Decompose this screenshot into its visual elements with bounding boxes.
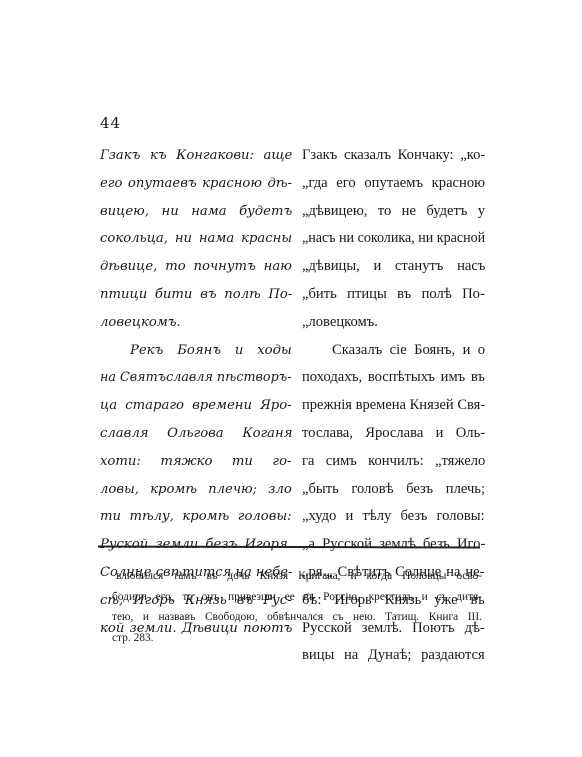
text-line: хоти: тяжко ти го- (100, 448, 292, 476)
text-line: „дѣвицы, и станутъ насъ (302, 253, 485, 281)
text-line: „гда его опутаемъ красною (302, 170, 485, 198)
footnote-line: стр. 283. (112, 628, 482, 649)
text-line: ти тѣлу, кромѣ головы: (100, 503, 292, 531)
text-line: „ловецкомъ. (302, 309, 485, 337)
paragraph-start-line: Сказалъ сіе Боянъ, и о (302, 337, 485, 365)
text-line: прежнія времена Князей Свя- (302, 392, 485, 420)
text-line: походахъ, воспѣтыхъ имъ въ (302, 364, 485, 392)
text-line: славля Ольгова Коганя (100, 420, 292, 448)
text-line: вицею, ни нама будетъ (100, 198, 292, 226)
text-line: „дѣвицею, то не будетъ у (302, 198, 485, 226)
footnote-line: влюбился тамъ въ дочь Князя Кригака, и к… (116, 566, 482, 587)
text-line: „насъ ни соколика, ни красной (302, 225, 485, 253)
text-line: на Святъславля пѣстворъ- (100, 364, 292, 392)
text-line: ловецкомъ. (100, 309, 292, 337)
text-line: „быть головѣ безъ плечь; (302, 476, 485, 504)
page-number: 44 (100, 114, 121, 132)
footnote-line: тею, и назвавъ Свободою, обвѣнчался съ н… (112, 607, 482, 628)
text-line: птици бити въ полѣ По- (100, 281, 292, 309)
text-line: его опутаевъ красною дѣ- (100, 170, 292, 198)
text-line: ловы, кромѣ плечю; зло (100, 476, 292, 504)
footnote: влюбился тамъ въ дочь Князя Кригака, и к… (116, 566, 482, 648)
text-line: дѣвице, то почнутъ наю (100, 253, 292, 281)
text-line: тослава, Ярослава и Оль- (302, 420, 485, 448)
text-line: „бить птицы въ полѣ По- (302, 281, 485, 309)
footnote-line: бодили его, то онъ привезши ее въ Россію… (112, 587, 482, 608)
text-line: ца стараго времени Яро- (100, 392, 292, 420)
text-line: сокольца, ни нама красны (100, 225, 292, 253)
text-line: Гзакъ сказалъ Кончаку: „ко- (302, 142, 485, 170)
paragraph-start-line: Рекъ Боянъ и ходы (100, 337, 292, 365)
text-line: „худо и тѣлу безъ головы: (302, 503, 485, 531)
text-line: га симъ кончилъ: „тяжело (302, 448, 485, 476)
text-line: Гзакъ къ Конгакови: аще (100, 142, 292, 170)
text-line: „а Русской землѣ безъ Иго- (302, 531, 485, 559)
